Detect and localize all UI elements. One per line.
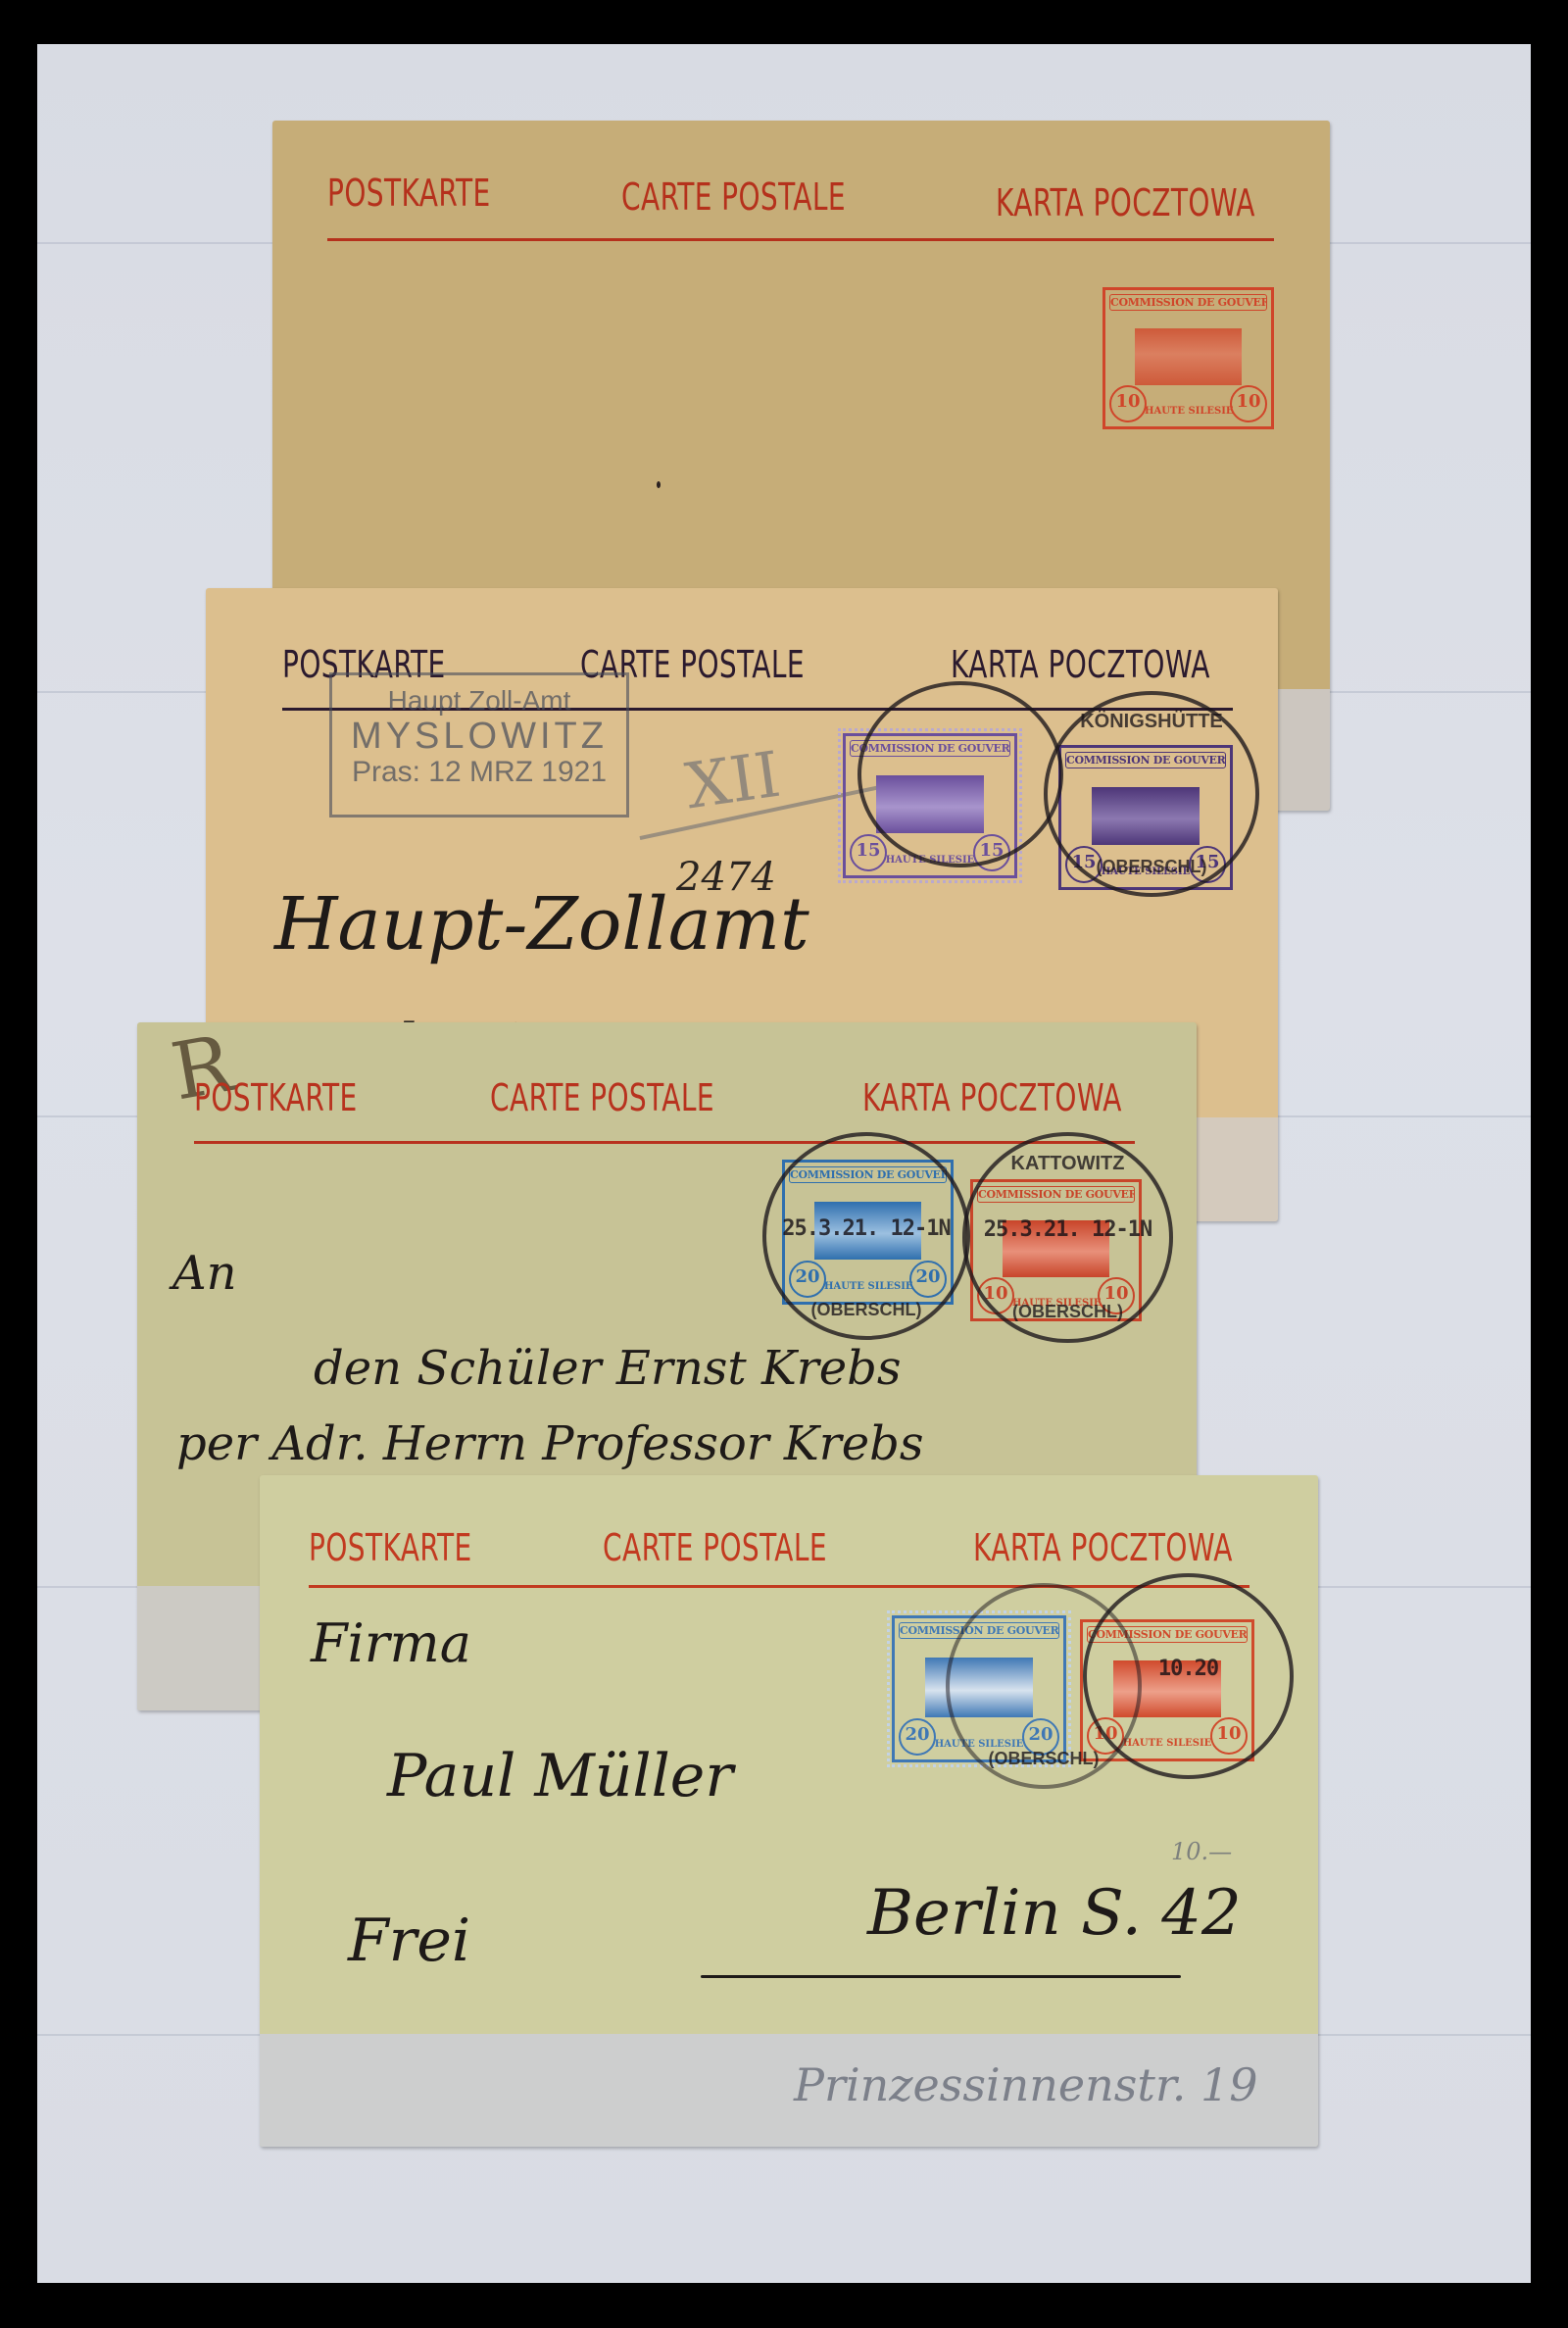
- address-line-3: per Adr. Herrn Professor Krebs: [176, 1416, 924, 1471]
- postmark-date: 25.3.21. 12-1N: [966, 1217, 1169, 1242]
- header-german: POSTKARTE: [194, 1076, 358, 1119]
- header-german: POSTKARTE: [309, 1526, 472, 1569]
- header-french: CARTE POSTALE: [490, 1076, 714, 1119]
- customs-receipt-cachet: Haupt Zoll-Amt MYSLOWITZ Pras: 12 MRZ 19…: [329, 672, 629, 817]
- header-polish: KARTA POCZTOWA: [973, 1526, 1233, 1569]
- postcard-4-berlin[interactable]: POSTKARTE CARTE POSTALE KARTA POCZTOWA C…: [260, 1475, 1318, 2147]
- postmark-town: KATTOWITZ: [966, 1153, 1169, 1175]
- stamp-top-text: COMMISSION DE GOUVERNEMENT: [1109, 294, 1267, 311]
- price-note: 10.—: [1171, 1838, 1232, 1865]
- sender-mark: Frei: [348, 1907, 470, 1975]
- stamp-value-left: 15: [850, 834, 887, 871]
- underline-stroke: [701, 1975, 1181, 1978]
- address-firm: Firma: [311, 1612, 471, 1674]
- postmark-region: (OBERSCHL): [766, 1300, 966, 1320]
- postmark-kattowitz-1: 25.3.21. 12-1N (OBERSCHL): [762, 1132, 970, 1340]
- address-city: Berlin S. 42: [867, 1877, 1242, 1950]
- ink-dot: [657, 481, 661, 488]
- header-french: CARTE POSTALE: [603, 1526, 827, 1569]
- address-line-1: An: [172, 1246, 237, 1301]
- imprinted-stamp-10: COMMISSION DE GOUVERNEMENT HAUTE SILESIE…: [1102, 287, 1274, 429]
- header-polish: KARTA POCZTOWA: [951, 643, 1210, 686]
- dove-over-industry-icon: [1135, 328, 1241, 385]
- postmark-region: (OBERSCHL): [950, 1749, 1138, 1769]
- header-rule: [309, 1585, 1249, 1588]
- postmark-konigshutte-2: KÖNIGSHÜTTE (OBERSCHL): [1044, 691, 1259, 897]
- stamp-bottom-text: HAUTE SILESIE: [1145, 406, 1232, 417]
- header-french: CARTE POSTALE: [621, 175, 846, 219]
- header-rule: [194, 1141, 1135, 1144]
- postmark-region: (OBERSCHL): [1048, 857, 1255, 877]
- header-rule: [327, 238, 1274, 241]
- header-polish: KARTA POCZTOWA: [862, 1076, 1122, 1119]
- address-street: Prinzessinnenstr. 19: [794, 2058, 1258, 2111]
- address-line-1: Haupt-Zollamt: [274, 882, 809, 966]
- cachet-line-2: MYSLOWITZ: [332, 717, 626, 756]
- stamp-value-left: 20: [899, 1718, 936, 1756]
- postmark-konigshutte-1: [857, 681, 1063, 867]
- cachet-line-1: Haupt Zoll-Amt: [332, 685, 626, 717]
- stamp-value-left: 10: [1109, 385, 1147, 422]
- stamp-value-right: 10: [1230, 385, 1267, 422]
- postmark-date: 10.20: [1087, 1657, 1290, 1681]
- address-line-2: den Schüler Ernst Krebs: [314, 1341, 902, 1396]
- postmark-region: (OBERSCHL): [966, 1302, 1169, 1322]
- cachet-line-3: Pras: 12 MRZ 1921: [332, 756, 626, 789]
- header-german: POSTKARTE: [327, 172, 491, 215]
- address-name: Paul Müller: [387, 1742, 733, 1810]
- postmark-2: 10.20: [1083, 1573, 1294, 1779]
- postmark-kattowitz-2: KATTOWITZ 25.3.21. 12-1N (OBERSCHL): [962, 1132, 1173, 1343]
- postmark-date: 25.3.21. 12-1N: [766, 1216, 966, 1241]
- header-polish: KARTA POCZTOWA: [996, 181, 1255, 224]
- postmark-town: KÖNIGSHÜTTE: [1048, 711, 1255, 733]
